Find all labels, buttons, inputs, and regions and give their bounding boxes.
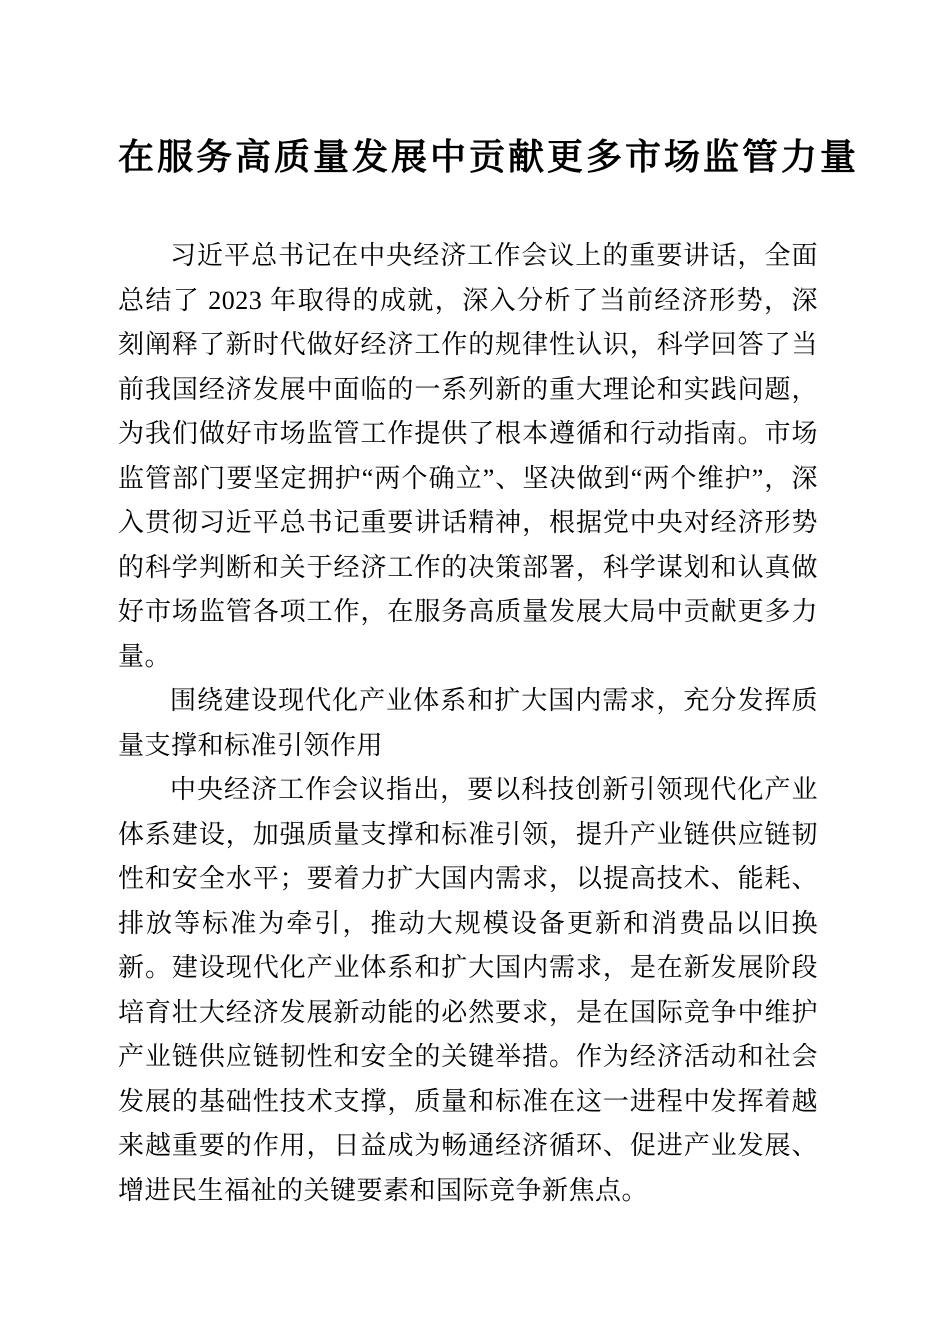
- document-page: 在服务高质量发展中贡献更多市场监管力量 习近平总书记在中央经济工作会议上的重要讲…: [0, 0, 950, 1344]
- document-title: 在服务高质量发展中贡献更多市场监管力量: [118, 135, 818, 179]
- paragraph-section-body: 中央经济工作会议指出，要以科技创新引领现代化产业体系建设，加强质量支撑和标准引领…: [118, 768, 818, 1213]
- paragraph-subheading: 围绕建设现代化产业体系和扩大国内需求，充分发挥质量支撑和标准引领作用: [118, 679, 818, 768]
- paragraph-intro: 习近平总书记在中央经济工作会议上的重要讲话，全面总结了 2023 年取得的成就，…: [118, 234, 818, 679]
- document-body: 习近平总书记在中央经济工作会议上的重要讲话，全面总结了 2023 年取得的成就，…: [118, 234, 818, 1213]
